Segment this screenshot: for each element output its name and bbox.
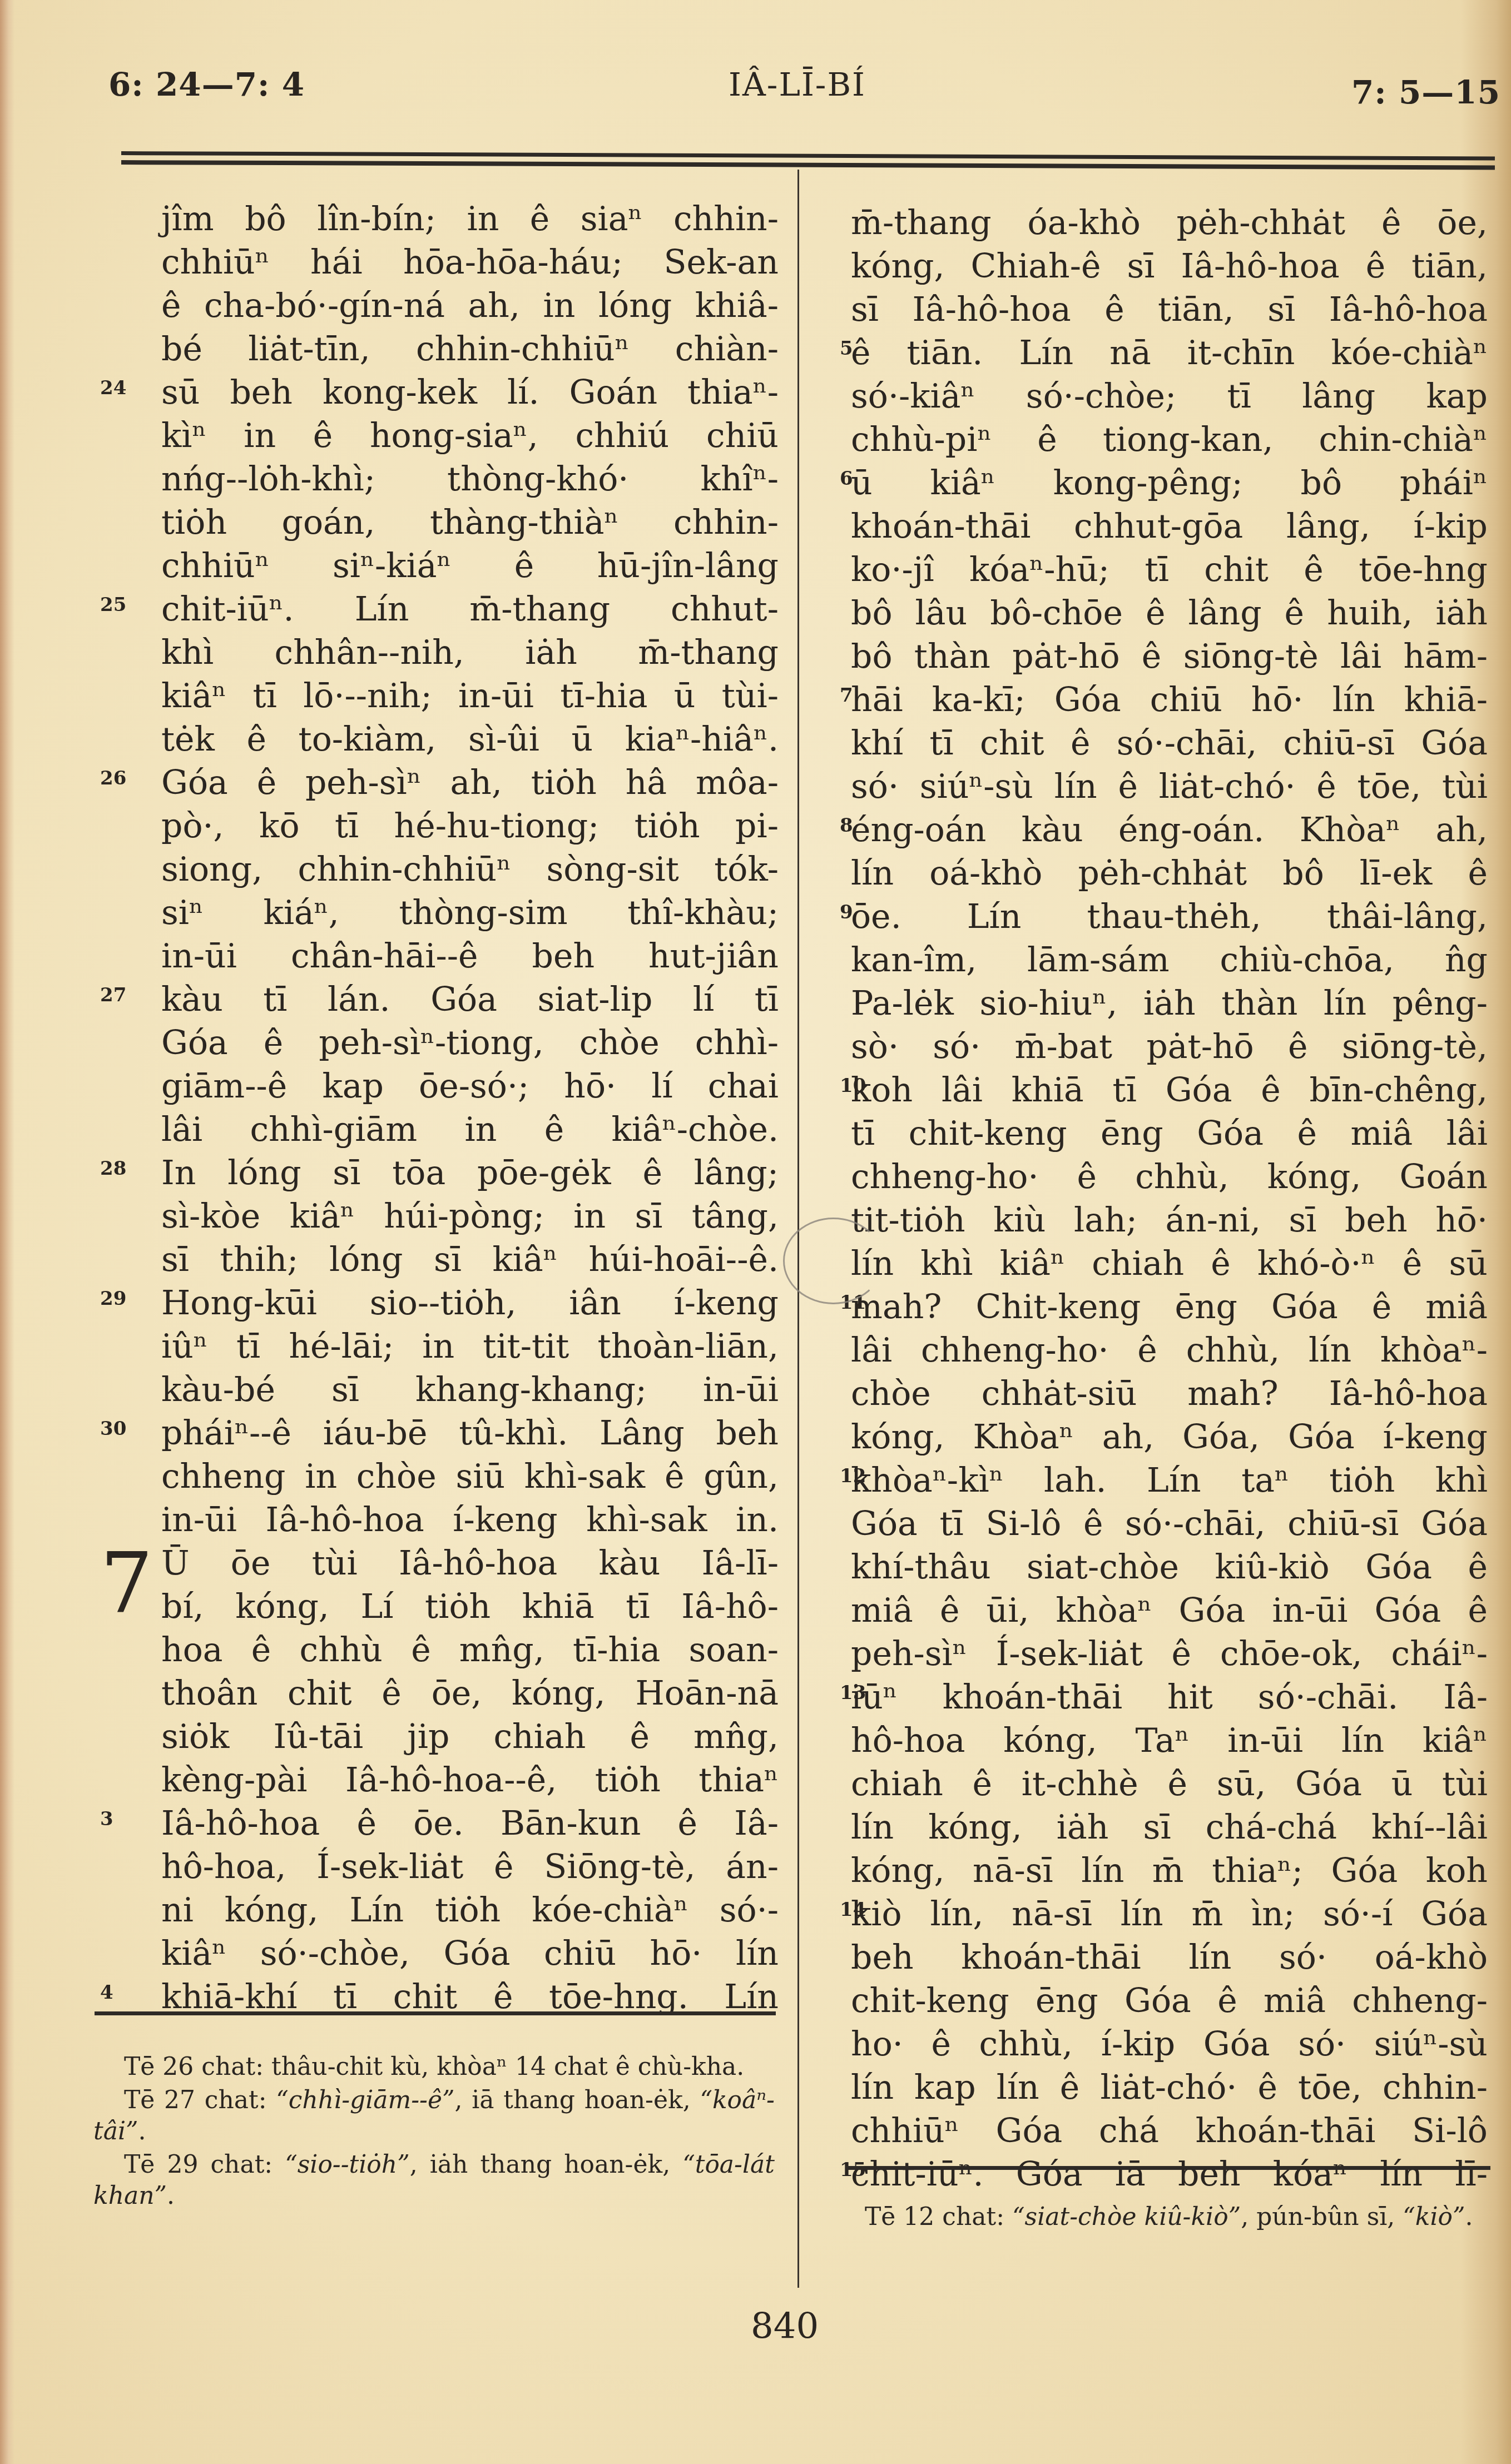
- text-line: khoán-thāi chhut-gōa lâng, í-kip: [812, 505, 1488, 548]
- text-line: sī Iâ-hô-hoa ê tiān, sī Iâ-hô-hoa: [812, 288, 1488, 331]
- text-line: khí tī chit ê só·-chāi, chiū-sī Góa: [812, 722, 1488, 765]
- verse-number: 14: [840, 1888, 866, 1931]
- text-line: chhiūⁿ Góa chá khoán-thāi Si-lô: [812, 2109, 1488, 2153]
- text-line: sò· só· m̄-bat pȧt-hō ê siōng-tè,: [812, 1025, 1488, 1069]
- text-line: tiȯh goán, thàng-thiàⁿ chhin-: [100, 501, 779, 544]
- text-line: kiâⁿ só·-chòe, Góa chiū hō· lín: [100, 1932, 779, 1975]
- line-text: tiȯh goán, thàng-thiàⁿ chhin-: [161, 503, 779, 542]
- page-edge-left: [0, 0, 14, 2464]
- text-line: 28In lóng sī tōa pōe-gėk ê lâng;: [100, 1151, 779, 1195]
- text-line: 7hāi ka-kī; Góa chiū hō· lín khiā-: [812, 678, 1488, 722]
- text-line: 30pháiⁿ--ê iáu-bē tû-khì. Lâng beh: [100, 1412, 779, 1455]
- text-line: sī thih; lóng sī kiâⁿ húi-hoāi--ê.: [100, 1238, 779, 1281]
- text-line: 9ōe. Lín thau-thėh, thâi-lâng,: [812, 895, 1488, 938]
- line-text: tėk ê to-kiàm, sì-ûi ū kiaⁿ-hiâⁿ.: [161, 720, 779, 759]
- line-text: khòaⁿ-kìⁿ lah. Lín taⁿ tiȯh khì: [851, 1461, 1488, 1500]
- verse-number: 8: [840, 804, 853, 847]
- line-text: lín kap lín ê liȧt-chó· ê tōe, chhin-: [851, 2068, 1488, 2107]
- text-line: chheng in chòe siū khì-sak ê gûn,: [100, 1455, 779, 1498]
- line-text: chit-iūⁿ. Góa iā beh kóaⁿ lín lī-: [851, 2155, 1488, 2194]
- footnote-text: .: [1465, 2203, 1473, 2231]
- verse-number: 10: [840, 1064, 866, 1107]
- line-text: khiā-khí tī chit ê tōe-hng. Lín: [161, 1978, 779, 2016]
- line-text: ko·-jî kóaⁿ-hū; tī chit ê tōe-hng: [851, 550, 1488, 589]
- text-line: kiâⁿ tī lō·--nih; in-ūi tī-hia ū tùi-: [100, 674, 779, 718]
- footnote-text: .: [138, 2117, 146, 2145]
- line-text: chòe chhȧt-siū mah? Iâ-hô-hoa: [851, 1374, 1488, 1413]
- text-line: só·-kiâⁿ só·-chòe; tī lâng kap: [812, 375, 1488, 418]
- running-head-right: 7: 5—15: [1351, 73, 1500, 111]
- line-text: peh-sìⁿ Í-sek-liȧt ê chōe-ok, cháiⁿ-: [851, 1635, 1488, 1673]
- line-text: m̄-thang óa-khò pėh-chhȧt ê ōe,: [851, 203, 1488, 242]
- line-text: hāi ka-kī; Góa chiū hō· lín khiā-: [851, 680, 1488, 719]
- line-text: miâ ê ūi, khòaⁿ Góa in-ūi Góa ê: [851, 1591, 1488, 1630]
- verse-number: 25: [100, 583, 126, 627]
- line-text: khí tī chit ê só·-chāi, chiū-sī Góa: [851, 724, 1488, 763]
- header-rule-bottom: [121, 160, 1495, 170]
- footnote-text: , iȧh thang hoan-ėk,: [410, 2150, 683, 2179]
- line-text: tit-tiȯh kiù lah; án-ni, sī beh hō·: [851, 1201, 1488, 1240]
- text-line: lín khì kiâⁿ chiah ê khó-ò·ⁿ ê sū: [812, 1242, 1488, 1285]
- text-line: kèng-pài Iâ-hô-hoa--ê, tiȯh thiaⁿ: [100, 1758, 779, 1802]
- text-line: lín kap lín ê liȧt-chó· ê tōe, chhin-: [812, 2066, 1488, 2109]
- line-text: ho· ê chhù, í-kip Góa só· siúⁿ-sù: [851, 2025, 1488, 2064]
- line-text: Góa ê peh-sìⁿ-tiong, chòe chhì-: [161, 1024, 779, 1062]
- footnote-rule-right: [845, 2166, 1490, 2170]
- line-text: pò·, kō tī hé-hu-tiong; tiȯh pi-: [161, 807, 779, 846]
- text-line: chhiūⁿ hái hōa-hōa-háu; Sek-an: [100, 241, 779, 284]
- text-line: 6ū kiâⁿ kong-pêng; bô pháiⁿ: [812, 461, 1488, 505]
- line-text: beh khoán-thāi lín só· oá-khò: [851, 1938, 1488, 1977]
- right-column: m̄-thang óa-khò pėh-chhȧt ê ōe,kóng, Chi…: [812, 201, 1488, 2196]
- verse-number: 27: [100, 973, 126, 1017]
- verse-number: 12: [840, 1454, 866, 1498]
- text-line: kan-îm, lām-sám chiù-chōa, n̂g: [812, 938, 1488, 982]
- text-line: 26Góa ê peh-sìⁿ ah, tiȯh hâ môa-: [100, 761, 779, 804]
- footnote: Tē 26 chat: thâu-chit kù, khòaⁿ 14 chat …: [93, 2051, 775, 2083]
- line-text: kiâⁿ só·-chòe, Góa chiū hō· lín: [161, 1934, 779, 1973]
- line-text: siong, chhin-chhiūⁿ sòng-sit tók-: [161, 850, 779, 889]
- line-text: lín oá-khò pėh-chhȧt bô lī-ek ê: [851, 854, 1488, 893]
- text-line: 8éng-oán kàu éng-oán. Khòaⁿ ah,: [812, 808, 1488, 852]
- line-text: ū kiâⁿ kong-pêng; bô pháiⁿ: [851, 464, 1488, 503]
- text-line: jîm bô lîn-bín; in ê siaⁿ chhin-: [100, 197, 779, 241]
- line-text: kiò lín, nā-sī lín m̄ ìn; só·-í Góa: [851, 1895, 1488, 1934]
- text-line: in-ūi chân-hāi--ê beh hut-jiân: [100, 935, 779, 978]
- text-line: ni kóng, Lín tiȯh kóe-chiàⁿ só·-: [100, 1889, 779, 1932]
- line-text: sò· só· m̄-bat pȧt-hō ê siōng-tè,: [851, 1027, 1488, 1066]
- line-text: chheng-ho· ê chhù, kóng, Goán: [851, 1158, 1488, 1196]
- text-line: bé liȧt-tīn, chhin-chhiūⁿ chiàn-: [100, 327, 779, 371]
- text-line: chhù-piⁿ ê tiong-kan, chin-chiàⁿ: [812, 418, 1488, 461]
- line-text: chiah ê it-chhè ê sū, Góa ū tùi: [851, 1765, 1488, 1804]
- footnote-text: Tē 29 chat:: [124, 2150, 273, 2179]
- text-line: in-ūi Iâ-hô-hoa í-keng khì-sak in.: [100, 1498, 779, 1542]
- line-text: ōe. Lín thau-thėh, thâi-lâng,: [851, 897, 1488, 936]
- verse-number: 24: [100, 366, 126, 410]
- line-text: sì-kòe kiâⁿ húi-pòng; in sī tâng,: [161, 1197, 779, 1236]
- text-line: 27kàu tī lán. Góa siat-lip lí tī: [100, 978, 779, 1021]
- verse-number: 4: [100, 1971, 113, 2014]
- text-line: 10koh lâi khiā tī Góa ê bīn-chêng,: [812, 1069, 1488, 1112]
- text-line: hô-hoa, Í-sek-liȧt ê Siōng-tè, án-: [100, 1845, 779, 1889]
- text-line: tit-tiȯh kiù lah; án-ni, sī beh hō·: [812, 1199, 1488, 1242]
- line-text: sī Iâ-hô-hoa ê tiān, sī Iâ-hô-hoa: [851, 290, 1488, 329]
- page-number: 840: [751, 2306, 819, 2347]
- footnote-text: , iā thang hoan-ėk,: [455, 2086, 700, 2114]
- text-line: kóng, Khòaⁿ ah, Góa, Góa í-keng: [812, 1415, 1488, 1459]
- line-text: Hong-kūi sio--tiȯh, iân í-keng: [161, 1284, 779, 1323]
- line-text: hoa ê chhù ê mn̂g, tī-hia soan-: [161, 1631, 779, 1670]
- text-line: kìⁿ in ê hong-siaⁿ, chhiú chiū: [100, 414, 779, 458]
- text-line: lín oá-khò pėh-chhȧt bô lī-ek ê: [812, 852, 1488, 895]
- text-line: nńg--lȯh-khì; thòng-khó· khîⁿ-: [100, 458, 779, 501]
- text-line: chhiūⁿ siⁿ-kiáⁿ ê hū-jîn-lâng: [100, 544, 779, 588]
- text-line: siⁿ kiáⁿ, thòng-sim thî-khàu;: [100, 891, 779, 935]
- line-text: iûⁿ tī hé-lāi; in tit-tit thoàn-liān,: [161, 1327, 779, 1366]
- verse-number: 29: [100, 1277, 126, 1320]
- verse-number: 13: [840, 1671, 866, 1715]
- text-line: Góa ê peh-sìⁿ-tiong, chòe chhì-: [100, 1021, 779, 1065]
- text-line: chòe chhȧt-siū mah? Iâ-hô-hoa: [812, 1372, 1488, 1415]
- line-text: khì chhân--nih, iȧh m̄-thang: [161, 633, 779, 672]
- verse-number: 5: [840, 327, 853, 370]
- line-text: In lóng sī tōa pōe-gėk ê lâng;: [161, 1154, 779, 1193]
- text-line: chit-keng ēng Góa ê miâ chheng-: [812, 1979, 1488, 2023]
- text-line: pò·, kō tī hé-hu-tiong; tiȯh pi-: [100, 804, 779, 848]
- text-line: 12khòaⁿ-kìⁿ lah. Lín taⁿ tiȯh khì: [812, 1459, 1488, 1502]
- line-text: bô lâu bô-chōe ê lâng ê huih, iȧh: [851, 594, 1488, 633]
- text-line: siong, chhin-chhiūⁿ sòng-sit tók-: [100, 848, 779, 891]
- text-line: giām--ê kap ōe-só·; hō· lí chai: [100, 1065, 779, 1108]
- footnote: Tē 29 chat: “sio--tiȯh”, iȧh thang hoan-…: [93, 2149, 775, 2212]
- footnotes-right: Tē 12 chat: “siat-chòe kiû-kiò”, pún-bûn…: [834, 2202, 1488, 2235]
- text-line: tī chit-keng ēng Góa ê miâ lâi: [812, 1112, 1488, 1155]
- line-text: chit-keng ēng Góa ê miâ chheng-: [851, 1981, 1488, 2020]
- verse-number: 7: [840, 674, 853, 717]
- text-line: lâi chhì-giām in ê kiâⁿ-chòe.: [100, 1108, 779, 1151]
- verse-number: 28: [100, 1147, 126, 1190]
- line-text: khoán-thāi chhut-gōa lâng, í-kip: [851, 507, 1488, 546]
- line-text: kiâⁿ tī lō·--nih; in-ūi tī-hia ū tùi-: [161, 677, 779, 716]
- text-line: 14kiò lín, nā-sī lín m̄ ìn; só·-í Góa: [812, 1892, 1488, 1936]
- text-line: khì chhân--nih, iȧh m̄-thang: [100, 631, 779, 674]
- text-line: sì-kòe kiâⁿ húi-pòng; in sī tâng,: [100, 1195, 779, 1238]
- footnote: Tē 12 chat: “siat-chòe kiû-kiò”, pún-bûn…: [834, 2202, 1488, 2233]
- footnotes-left: Tē 26 chat: thâu-chit kù, khòaⁿ 14 chat …: [93, 2051, 775, 2214]
- line-text: mah? Chit-keng ēng Góa ê miâ: [851, 1288, 1488, 1327]
- line-text: ni kóng, Lín tiȯh kóe-chiàⁿ só·-: [161, 1891, 779, 1930]
- line-text: só· siúⁿ-sù lín ê liȧt-chó· ê tōe, tùi: [851, 767, 1488, 806]
- line-text: chhiūⁿ hái hōa-hōa-háu; Sek-an: [161, 243, 779, 282]
- footnote-quoted-term: “sio--tiȯh”: [285, 2150, 409, 2179]
- line-text: kóng, Chiah-ê sī Iâ-hô-hoa ê tiān,: [851, 247, 1488, 286]
- text-line: lâi chheng-ho· ê chhù, lín khòaⁿ-: [812, 1329, 1488, 1372]
- text-line: m̄-thang óa-khò pėh-chhȧt ê ōe,: [812, 201, 1488, 245]
- line-text: bé liȧt-tīn, chhin-chhiūⁿ chiàn-: [161, 330, 779, 369]
- line-text: kàu tī lán. Góa siat-lip lí tī: [161, 980, 779, 1019]
- line-text: chheng in chòe siū khì-sak ê gûn,: [161, 1457, 779, 1496]
- text-line: chiah ê it-chhè ê sū, Góa ū tùi: [812, 1762, 1488, 1806]
- text-line: thoân chit ê ōe, kóng, Hoān-nā: [100, 1672, 779, 1715]
- line-text: chhiūⁿ Góa chá khoán-thāi Si-lô: [851, 2112, 1488, 2150]
- footnote-text: Tē 27 chat:: [124, 2086, 267, 2114]
- line-text: kàu-bé sī khang-khang; in-ūi: [161, 1370, 779, 1409]
- text-line: 25chit-iūⁿ. Lín m̄-thang chhut-: [100, 588, 779, 631]
- verse-number: 3: [100, 1797, 113, 1841]
- header-rule-top: [121, 151, 1495, 160]
- text-line: khí-thâu siat-chòe kiû-kiò Góa ê: [812, 1546, 1488, 1589]
- footnote: Tē 27 chat: “chhì-giām--ê”, iā thang hoa…: [93, 2085, 775, 2147]
- line-text: Góa tī Si-lô ê só·-chāi, chiū-sī Góa: [851, 1504, 1488, 1543]
- line-text: hô-hoa kóng, Taⁿ in-ūi lín kiâⁿ: [851, 1721, 1488, 1760]
- footnote-text: .: [167, 2182, 175, 2210]
- line-text: siⁿ kiáⁿ, thòng-sim thî-khàu;: [161, 893, 779, 932]
- verse-number: 26: [100, 757, 126, 800]
- line-text: lâi chheng-ho· ê chhù, lín khòaⁿ-: [851, 1331, 1488, 1370]
- text-line: 3Iâ-hô-hoa ê ōe. Bān-kun ê Iâ-: [100, 1802, 779, 1845]
- line-text: in-ūi chân-hāi--ê beh hut-jiân: [161, 937, 779, 976]
- footnote-rule-left: [95, 2011, 776, 2015]
- text-line: miâ ê ūi, khòaⁿ Góa in-ūi Góa ê: [812, 1589, 1488, 1632]
- line-text: hô-hoa, Í-sek-liȧt ê Siōng-tè, án-: [161, 1847, 779, 1886]
- line-text: lín kóng, iȧh sī chá-chá khí--lâi: [851, 1808, 1488, 1847]
- line-text: kan-îm, lām-sám chiù-chōa, n̂g: [851, 941, 1488, 980]
- text-line: kóng, nā-sī lín m̄ thiaⁿ; Góa koh: [812, 1849, 1488, 1892]
- text-line: kóng, Chiah-ê sī Iâ-hô-hoa ê tiān,: [812, 245, 1488, 288]
- line-text: sū beh kong-kek lí. Goán thiaⁿ-: [161, 373, 779, 412]
- line-text: sī thih; lóng sī kiâⁿ húi-hoāi--ê.: [161, 1240, 779, 1279]
- text-line: peh-sìⁿ Í-sek-liȧt ê chōe-ok, cháiⁿ-: [812, 1632, 1488, 1676]
- text-line: Ū ōe tùi Iâ-hô-hoa kàu Iâ-lī-: [100, 1542, 779, 1585]
- text-line: 15chit-iūⁿ. Góa iā beh kóaⁿ lín lī-: [812, 2153, 1488, 2196]
- verse-number: 6: [840, 457, 853, 500]
- line-text: chhù-piⁿ ê tiong-kan, chin-chiàⁿ: [851, 420, 1488, 459]
- line-text: éng-oán kàu éng-oán. Khòaⁿ ah,: [851, 811, 1488, 850]
- verse-number: 30: [100, 1407, 126, 1450]
- line-text: koh lâi khiā tī Góa ê bīn-chêng,: [851, 1071, 1488, 1110]
- line-text: ê cha-bó·-gín-ná ah, in lóng khiâ-: [161, 286, 779, 325]
- line-text: Góa ê peh-sìⁿ ah, tiȯh hâ môa-: [161, 763, 779, 802]
- verse-number: 9: [840, 891, 853, 934]
- text-line: 24sū beh kong-kek lí. Goán thiaⁿ-: [100, 371, 779, 414]
- line-text: giām--ê kap ōe-só·; hō· lí chai: [161, 1067, 779, 1106]
- text-line: ko·-jî kóaⁿ-hū; tī chit ê tōe-hng: [812, 548, 1488, 592]
- line-text: Pa-lėk sio-hiuⁿ, iȧh thàn lín pêng-: [851, 984, 1488, 1023]
- text-line: chheng-ho· ê chhù, kóng, Goán: [812, 1155, 1488, 1199]
- text-line: ho· ê chhù, í-kip Góa só· siúⁿ-sù: [812, 2023, 1488, 2066]
- line-text: kìⁿ in ê hong-siaⁿ, chhiú chiū: [161, 416, 779, 455]
- line-text: só·-kiâⁿ só·-chòe; tī lâng kap: [851, 377, 1488, 416]
- line-text: in-ūi Iâ-hô-hoa í-keng khì-sak in.: [161, 1501, 779, 1539]
- footnote-quoted-term: “kiò”: [1403, 2203, 1465, 2231]
- text-line: 11mah? Chit-keng ēng Góa ê miâ: [812, 1285, 1488, 1329]
- handwritten-circle-mark: [783, 1218, 884, 1304]
- text-line: lín kóng, iȧh sī chá-chá khí--lâi: [812, 1806, 1488, 1849]
- text-line: siȯk Iû-tāi jip chiah ê mn̂g,: [100, 1715, 779, 1758]
- line-text: siȯk Iû-tāi jip chiah ê mn̂g,: [161, 1717, 779, 1756]
- line-text: kóng, nā-sī lín m̄ thiaⁿ; Góa koh: [851, 1851, 1488, 1890]
- line-text: chhiūⁿ siⁿ-kiáⁿ ê hū-jîn-lâng: [161, 547, 779, 585]
- line-text: lâi chhì-giām in ê kiâⁿ-chòe.: [161, 1110, 779, 1149]
- text-line: hô-hoa kóng, Taⁿ in-ūi lín kiâⁿ: [812, 1719, 1488, 1762]
- text-line: bí, kóng, Lí tiȯh khiā tī Iâ-hô-: [100, 1585, 779, 1628]
- verse-number: 15: [840, 2148, 866, 2192]
- line-text: jîm bô lîn-bín; in ê siaⁿ chhin-: [161, 200, 779, 239]
- line-text: Ū ōe tùi Iâ-hô-hoa kàu Iâ-lī-: [161, 1544, 779, 1583]
- line-text: pháiⁿ--ê iáu-bē tû-khì. Lâng beh: [161, 1414, 779, 1453]
- text-line: kàu-bé sī khang-khang; in-ūi: [100, 1368, 779, 1412]
- line-text: iūⁿ khoán-thāi hit só·-chāi. Iâ-: [851, 1678, 1488, 1717]
- footnote-quoted-term: “chhì-giām--ê”: [276, 2086, 454, 2114]
- line-text: bí, kóng, Lí tiȯh khiā tī Iâ-hô-: [161, 1587, 779, 1626]
- running-head-book-title: IÂ-LĪ-BÍ: [729, 66, 866, 103]
- text-line: ê cha-bó·-gín-ná ah, in lóng khiâ-: [100, 284, 779, 327]
- footnote-text: Tē 12 chat:: [865, 2203, 1004, 2231]
- line-text: tī chit-keng ēng Góa ê miâ lâi: [851, 1114, 1488, 1153]
- running-head-left: 6: 24—7: 4: [108, 66, 305, 103]
- line-text: khí-thâu siat-chòe kiû-kiò Góa ê: [851, 1548, 1488, 1587]
- line-text: nńg--lȯh-khì; thòng-khó· khîⁿ-: [161, 460, 779, 499]
- text-line: bô lâu bô-chōe ê lâng ê huih, iȧh: [812, 592, 1488, 635]
- line-text: chit-iūⁿ. Lín m̄-thang chhut-: [161, 590, 779, 629]
- text-line: iûⁿ tī hé-lāi; in tit-tit thoàn-liān,: [100, 1325, 779, 1368]
- text-line: 29Hong-kūi sio--tiȯh, iân í-keng: [100, 1281, 779, 1325]
- line-text: kèng-pài Iâ-hô-hoa--ê, tiȯh thiaⁿ: [161, 1761, 779, 1800]
- text-line: só· siúⁿ-sù lín ê liȧt-chó· ê tōe, tùi: [812, 765, 1488, 808]
- text-line: hoa ê chhù ê mn̂g, tī-hia soan-: [100, 1628, 779, 1672]
- line-text: kóng, Khòaⁿ ah, Góa, Góa í-keng: [851, 1418, 1488, 1457]
- line-text: ê tiān. Lín nā it-chīn kóe-chiàⁿ: [851, 334, 1488, 372]
- text-line: Góa tī Si-lô ê só·-chāi, chiū-sī Góa: [812, 1502, 1488, 1546]
- text-line: 5ê tiān. Lín nā it-chīn kóe-chiàⁿ: [812, 331, 1488, 375]
- text-line: tėk ê to-kiàm, sì-ûi ū kiaⁿ-hiâⁿ.: [100, 718, 779, 761]
- footnote-text: , pún-bûn sī,: [1241, 2203, 1403, 2231]
- left-column: jîm bô lîn-bín; in ê siaⁿ chhin-chhiūⁿ h…: [100, 197, 779, 2019]
- line-text: bô thàn pȧt-hō ê siōng-tè lâi hām-: [851, 637, 1488, 676]
- line-text: thoân chit ê ōe, kóng, Hoān-nā: [161, 1674, 779, 1713]
- text-line: Pa-lėk sio-hiuⁿ, iȧh thàn lín pêng-: [812, 982, 1488, 1025]
- text-line: beh khoán-thāi lín só· oá-khò: [812, 1936, 1488, 1979]
- line-text: Iâ-hô-hoa ê ōe. Bān-kun ê Iâ-: [161, 1804, 779, 1843]
- text-line: bô thàn pȧt-hō ê siōng-tè lâi hām-: [812, 635, 1488, 678]
- footnote-text: Tē 26 chat:: [124, 2053, 264, 2081]
- line-text: lín khì kiâⁿ chiah ê khó-ò·ⁿ ê sū: [851, 1244, 1488, 1283]
- footnote-text: thâu-chit kù, khòaⁿ 14 chat ê chù-kha.: [271, 2053, 744, 2081]
- text-line: 13iūⁿ khoán-thāi hit só·-chāi. Iâ-: [812, 1676, 1488, 1719]
- chapter-7-block: 7Ū ōe tùi Iâ-hô-hoa kàu Iâ-lī-bí, kóng, …: [100, 1542, 779, 2019]
- footnote-quoted-term: “siat-chòe kiû-kiò”: [1012, 2203, 1241, 2231]
